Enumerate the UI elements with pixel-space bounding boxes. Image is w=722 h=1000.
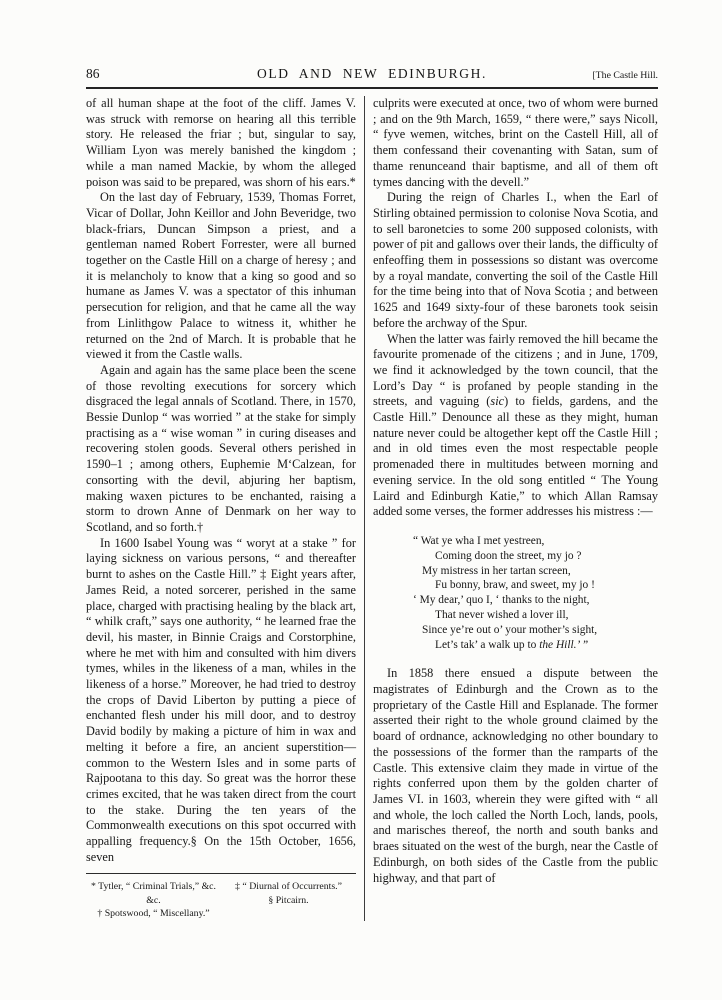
poem-line: Since ye’re out o’ your mother’s sight, (413, 623, 658, 638)
poem-line: ‘ My dear,’ quo I, ‘ thanks to the night… (413, 593, 658, 608)
paragraph: When the latter was fairly removed the h… (373, 332, 658, 520)
book-page: 86 OLD AND NEW EDINBURGH. [The Castle Hi… (86, 0, 658, 921)
column-divider-rule (364, 96, 365, 921)
poem-line: “ Wat ye wha I met yestreen, (413, 534, 658, 549)
poem-line: My mistress in her tartan screen, (413, 564, 658, 579)
footnote: § Pitcairn. (221, 894, 356, 908)
footnote: † Spotswood, “ Miscellany.” (86, 907, 221, 921)
page-header: 86 OLD AND NEW EDINBURGH. [The Castle Hi… (86, 66, 658, 89)
footnote-column-right: ‡ “ Diurnal of Occurrents.” § Pitcairn. (221, 880, 356, 921)
left-column: of all human shape at the foot of the cl… (86, 96, 356, 921)
page-number: 86 (86, 66, 176, 82)
poem-line-text: Let’s tak’ a walk up to (435, 639, 539, 651)
verse-quotation: “ Wat ye wha I met yestreen, Coming doon… (413, 534, 658, 652)
sic-italic: sic (490, 394, 504, 408)
poem-line: Fu bonny, braw, and sweet, my jo ! (413, 578, 658, 593)
poem-line: Coming doon the street, my jo ? (413, 549, 658, 564)
paragraph-text: ) to fields, gardens, and the Castle Hil… (373, 394, 658, 518)
poem-line: Let’s tak’ a walk up to the Hill.’ ” (413, 638, 658, 653)
page-title: OLD AND NEW EDINBURGH. (176, 66, 568, 82)
footnote: ‡ “ Diurnal of Occurrents.” (221, 880, 356, 894)
paragraph: In 1600 Isabel Young was “ woryt at a st… (86, 536, 356, 866)
poem-line-italic: the Hill.’ ” (539, 639, 588, 651)
paragraph: During the reign of Charles I., when the… (373, 190, 658, 331)
paragraph: In 1858 there ensued a dispute between t… (373, 666, 658, 886)
paragraph: Again and again has the same place been … (86, 363, 356, 536)
left-column-text: of all human shape at the foot of the cl… (86, 96, 356, 865)
footnote: * Tytler, “ Criminal Trials,” &c. &c. (86, 880, 221, 907)
footnotes: * Tytler, “ Criminal Trials,” &c. &c. † … (86, 873, 356, 921)
paragraph: On the last day of February, 1539, Thoma… (86, 190, 356, 363)
paragraph: of all human shape at the foot of the cl… (86, 96, 356, 190)
text-columns: of all human shape at the foot of the cl… (86, 96, 658, 921)
poem-line: That never wished a lover ill, (413, 608, 658, 623)
paragraph: culprits were executed at once, two of w… (373, 96, 658, 190)
footnote-column-left: * Tytler, “ Criminal Trials,” &c. &c. † … (86, 880, 221, 921)
running-head: [The Castle Hill. (568, 70, 658, 81)
right-column: culprits were executed at once, two of w… (373, 96, 658, 921)
